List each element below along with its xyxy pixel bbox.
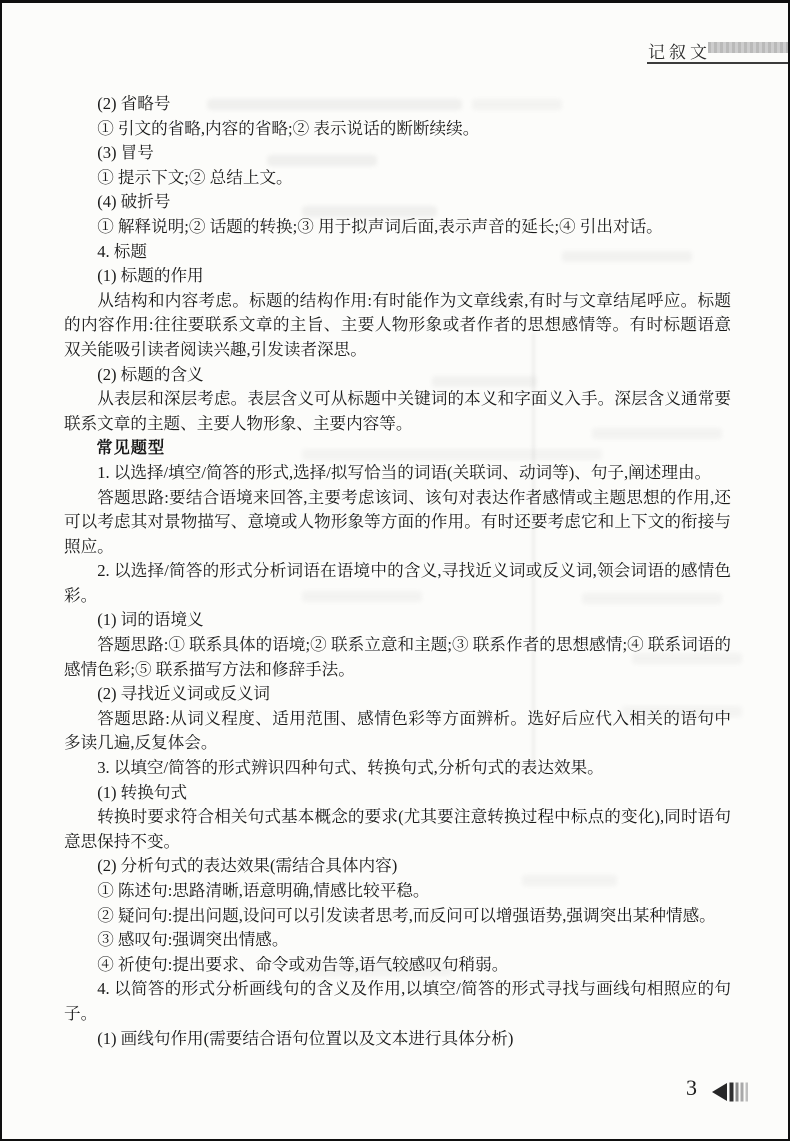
section-label: 记叙文	[648, 38, 711, 63]
book-page: 记叙文 (2) 省略号① 引文的省略,内容的省略;② 表示说话的断断续续。(3)…	[0, 0, 790, 1141]
text-line: (2) 省略号	[64, 92, 731, 117]
text-line: ② 疑问句:提出问题,设问可以引发读者思考,而反问可以增强语势,强调突出某种情感…	[64, 904, 731, 929]
text-line: ③ 感叹句:强调突出情感。	[64, 928, 731, 953]
text-line: (4) 破折号	[64, 190, 731, 215]
text-line: (1) 标题的作用	[64, 264, 731, 289]
text-line: 4. 以简答的形式分析画线句的含义及作用,以填空/简答的形式寻找与画线句相照应的…	[64, 977, 731, 1026]
text-line: (1) 转换句式	[64, 781, 731, 806]
text-line: ① 提示下文;② 总结上文。	[64, 166, 731, 191]
text-line: ① 陈述句:思路清晰,语意明确,情感比较平稳。	[64, 879, 731, 904]
page-body: (2) 省略号① 引文的省略,内容的省略;② 表示说话的断断续续。(3) 冒号①…	[64, 92, 731, 1051]
text-line: ① 引文的省略,内容的省略;② 表示说话的断断续续。	[64, 117, 731, 142]
text-line: ④ 祈使句:提出要求、命令或劝告等,语气较感叹句稍弱。	[64, 953, 731, 978]
text-line: (3) 冒号	[64, 141, 731, 166]
text-line: 1. 以选择/填空/简答的形式,选择/拟写恰当的词语(关联词、动词等)、句子,阐…	[64, 461, 731, 486]
text-line: (1) 词的语境义	[64, 608, 731, 633]
text-line: 答题思路:要结合语境来回答,主要考虑该词、该句对表达作者感情或主题思想的作用,还…	[64, 486, 731, 560]
text-line: 转换时要求符合相关句式基本概念的要求(尤其要注意转换过程中标点的变化),同时语句…	[64, 805, 731, 854]
text-line: 答题思路:从词义程度、适用范围、感情色彩等方面辨析。选好后应代入相关的语句中多读…	[64, 707, 731, 756]
text-line: 4. 标题	[64, 240, 731, 265]
page-marker-icon	[712, 1081, 752, 1103]
text-line: 答题思路:① 联系具体的语境;② 联系立意和主题;③ 联系作者的思想感情;④ 联…	[64, 633, 731, 682]
text-line: ① 解释说明;② 话题的转换;③ 用于拟声词后面,表示声音的延长;④ 引出对话。	[64, 215, 731, 240]
text-line: 从表层和深层考虑。表层含义可从标题中关键词的本义和字面义入手。深层含义通常要联系…	[64, 387, 731, 436]
text-line: (2) 寻找近义词或反义词	[64, 682, 731, 707]
page-number: 3	[686, 1075, 697, 1101]
text-line: (2) 标题的含义	[64, 363, 731, 388]
section-heading: 常见题型	[64, 436, 731, 461]
text-line: 2. 以选择/简答的形式分析词语在语境中的含义,寻找近义词或反义词,领会词语的感…	[64, 559, 731, 608]
text-line: (2) 分析句式的表达效果(需结合具体内容)	[64, 854, 731, 879]
text-line: (1) 画线句作用(需要结合语句位置以及文本进行具体分析)	[64, 1027, 731, 1052]
text-line: 3. 以填空/简答的形式辨识四种句式、转换句式,分析句式的表达效果。	[64, 756, 731, 781]
text-line: 从结构和内容考虑。标题的结构作用:有时能作为文章线索,有时与文章结尾呼应。标题的…	[64, 289, 731, 363]
header-decoration-bar	[708, 42, 790, 53]
header-rule	[647, 62, 790, 64]
